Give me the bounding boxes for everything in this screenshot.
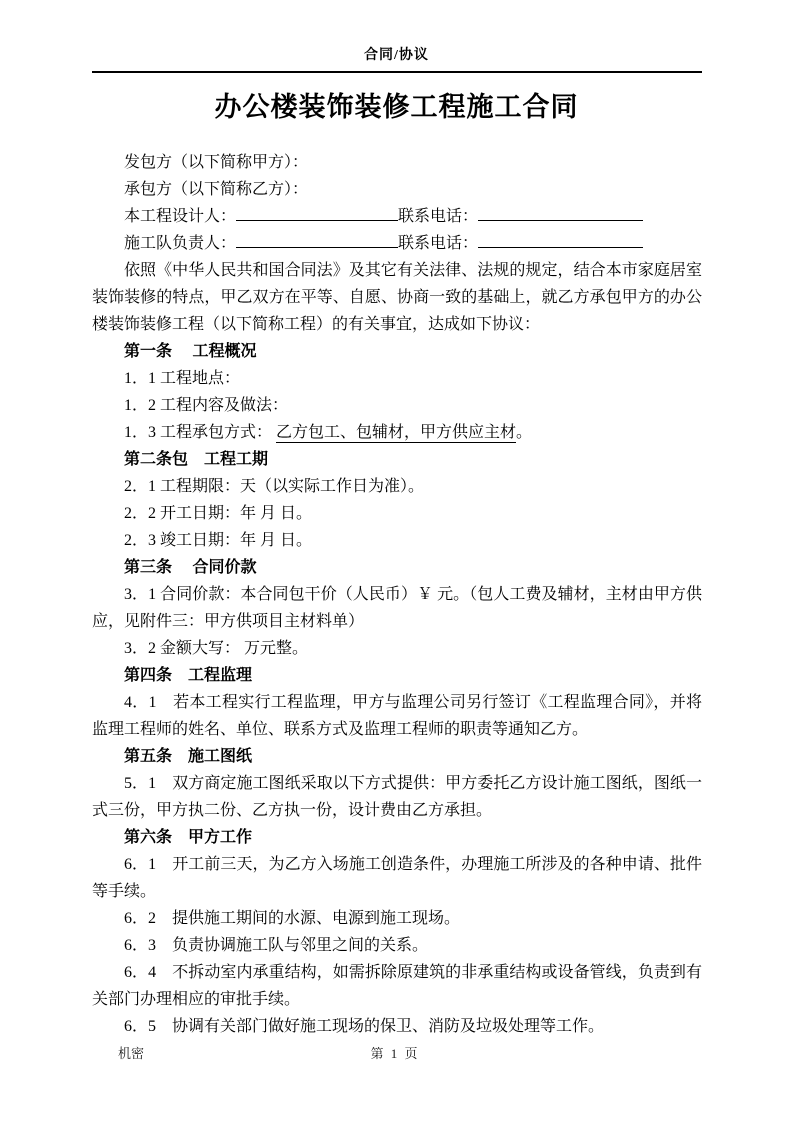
clause-2-3: 2．3 竣工日期：年 月 日。	[92, 527, 702, 554]
section-3-heading: 第三条 合同价款	[92, 554, 702, 581]
header-rule-line	[92, 71, 702, 73]
clause-1-3-prefix: 1．3 工程承包方式：	[124, 424, 276, 441]
clause-6-1: 6．1 开工前三天，为乙方入场施工创造条件，办理施工所涉及的各种申请、批件等手续…	[92, 851, 702, 905]
foreman-phone-label: 联系电话：	[398, 235, 478, 252]
clause-1-3: 1．3 工程承包方式： 乙方包工、包辅材，甲方供应主材。	[92, 419, 702, 446]
clause-1-3-suffix: 。	[516, 424, 532, 441]
clause-2-2: 2．2 开工日期：年 月 日。	[92, 500, 702, 527]
designer-name-blank	[236, 206, 398, 221]
clause-4-1: 4．1 若本工程实行工程监理，甲方与监理公司另行签订《工程监理合同》，并将监理工…	[92, 689, 702, 743]
clause-1-2: 1．2 工程内容及做法：	[92, 392, 702, 419]
document-footer: 机密 第 1 页	[92, 1044, 702, 1064]
clause-1-1: 1．1 工程地点：	[92, 365, 702, 392]
clause-6-4: 6．4 不拆动室内承重结构，如需拆除原建筑的非承重结构或设备管线，负责到有关部门…	[92, 959, 702, 1013]
document-header: 合同/协议	[0, 0, 793, 64]
clause-1-3-underlined-text: 乙方包工、包辅材，甲方供应主材	[276, 424, 516, 443]
section-1-heading: 第一条 工程概况	[92, 338, 702, 365]
foreman-label: 施工队负责人：	[124, 235, 236, 252]
section-2-heading: 第二条包 工程工期	[92, 446, 702, 473]
clause-5-1: 5．1 双方商定施工图纸采取以下方式提供：甲方委托乙方设计施工图纸，图纸一式三份…	[92, 770, 702, 824]
party-a-line: 发包方（以下简称甲方）：	[92, 149, 702, 176]
designer-phone-label: 联系电话：	[398, 208, 478, 225]
clause-6-2: 6．2 提供施工期间的水源、电源到施工现场。	[92, 905, 702, 932]
foreman-line: 施工队负责人：联系电话：	[92, 230, 702, 257]
header-category-label: 合同/协议	[364, 48, 429, 63]
document-title: 办公楼装饰装修工程施工合同	[0, 89, 793, 125]
designer-phone-blank	[478, 206, 643, 221]
footer-page-number: 第 1 页	[371, 1044, 420, 1064]
clause-6-5: 6．5 协调有关部门做好施工现场的保卫、消防及垃圾处理等工作。	[92, 1013, 702, 1040]
clause-2-1: 2．1 工程期限：天（以实际工作日为准）。	[92, 473, 702, 500]
document-page: 合同/协议 办公楼装饰装修工程施工合同 发包方（以下简称甲方）： 承包方（以下简…	[0, 0, 793, 1122]
footer-confidential-label: 机密	[92, 1046, 144, 1061]
clause-6-3: 6．3 负责协调施工队与邻里之间的关系。	[92, 932, 702, 959]
foreman-name-blank	[236, 233, 398, 248]
section-5-heading: 第五条 施工图纸	[92, 743, 702, 770]
clause-3-2: 3．2 金额大写： 万元整。	[92, 635, 702, 662]
clause-3-1: 3．1 合同价款：本合同包干价（人民币）￥ 元。（包人工费及辅材，主材由甲方供应…	[92, 581, 702, 635]
section-6-heading: 第六条 甲方工作	[92, 824, 702, 851]
preamble-paragraph: 依照《中华人民共和国合同法》及其它有关法律、法规的规定，结合本市家庭居室装饰装修…	[92, 257, 702, 338]
document-body: 发包方（以下简称甲方）： 承包方（以下简称乙方）： 本工程设计人：联系电话： 施…	[92, 149, 702, 1040]
designer-label: 本工程设计人：	[124, 208, 236, 225]
foreman-phone-blank	[478, 233, 643, 248]
designer-line: 本工程设计人：联系电话：	[92, 203, 702, 230]
party-b-line: 承包方（以下简称乙方）：	[92, 176, 702, 203]
section-4-heading: 第四条 工程监理	[92, 662, 702, 689]
